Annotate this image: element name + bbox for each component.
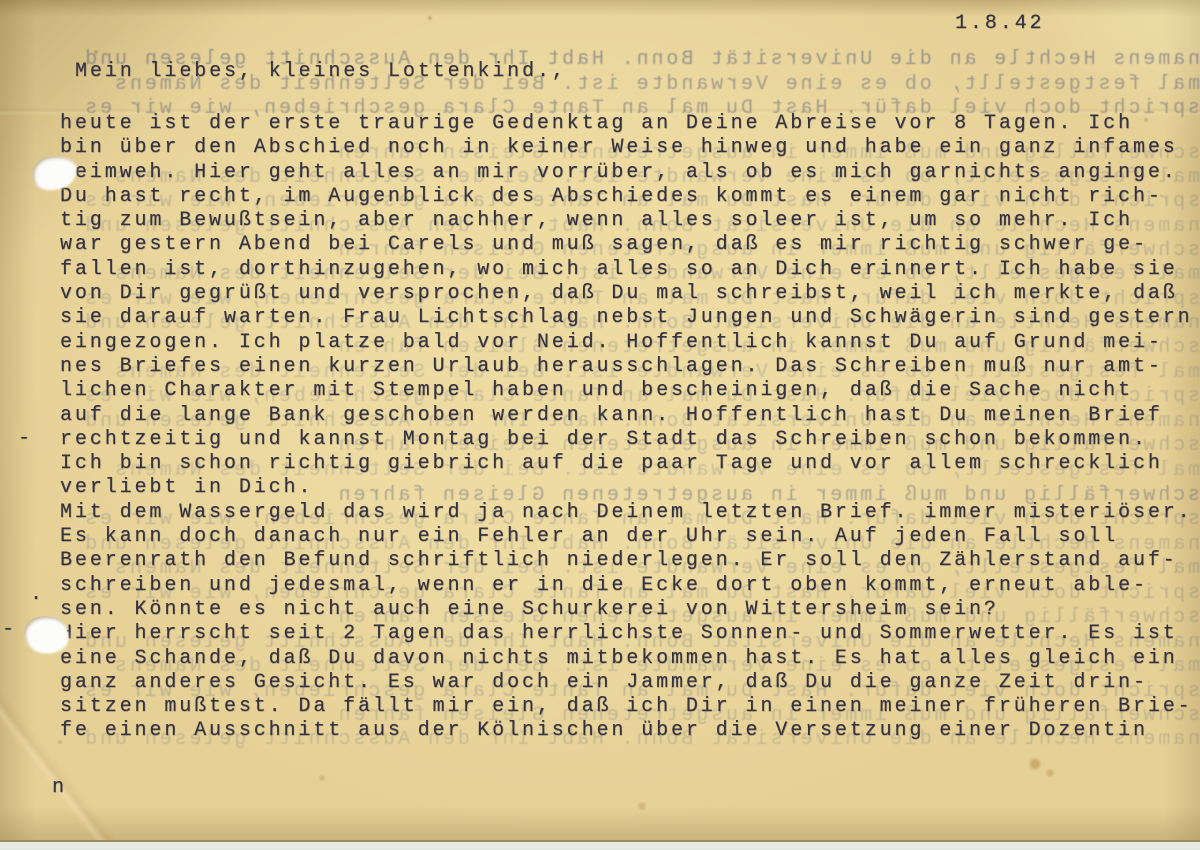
letter-line: heute ist der erste traurige Gedenktag a…	[60, 112, 1193, 136]
letter-line: nes Briefes einen kurzen Urlaub heraussc…	[60, 355, 1193, 379]
letter-line: bin über den Abschied noch in keiner Wei…	[60, 136, 1193, 160]
letter-line: eingezogen. Ich platze bald vor Neid. Ho…	[60, 331, 1193, 355]
letter-line: Beerenrath den Befund schriftlich nieder…	[60, 549, 1193, 573]
letter-body: heute ist der erste traurige Gedenktag a…	[60, 112, 1193, 744]
letter-line: Ich bin schon richtig giebrich auf die p…	[60, 452, 1193, 476]
paper-sheet: namens Hechtle an die Universität Bonn. …	[0, 0, 1200, 842]
letter-line: Mit dem Wassergeld das wird ja nach Dein…	[60, 501, 1193, 525]
letter-line: Hier herrscht seit 2 Tagen das herrlichs…	[60, 622, 1193, 646]
letter-line: tig zum Bewußtsein, aber nachher, wenn a…	[60, 209, 1193, 233]
letter-line: sie darauf warten. Frau Lichtschlag nebs…	[60, 306, 1193, 330]
scanner-background-strip	[0, 842, 1200, 850]
letter-line: rechtzeitig und kannst Montag bei der St…	[60, 428, 1193, 452]
letter-signoff: n	[52, 776, 67, 800]
margin-dash-mark: -	[2, 618, 14, 641]
letter-line: sen. Könnte es nicht auch eine Schurkere…	[60, 598, 1193, 622]
letter-scan: namens Hechtle an die Universität Bonn. …	[0, 0, 1200, 850]
letter-line: Heimweh. Hier geht alles an mir vorrüber…	[60, 161, 1193, 185]
letter-line: fallen ist, dorthinzugehen, wo mich alle…	[60, 258, 1193, 282]
margin-dot-mark: .	[30, 583, 42, 606]
letter-line: fe einen Ausschnitt aus der Kölnischen ü…	[60, 719, 1193, 743]
letter-salutation: Mein liebes, kleines Lottenkind.,	[75, 60, 567, 84]
letter-line: schreiben und jedesmal, wenn er in die E…	[60, 574, 1193, 598]
letter-line: war gestern Abend bei Carels und muß sag…	[60, 233, 1193, 257]
letter-line: auf die lange Bank geschoben werden kann…	[60, 404, 1193, 428]
letter-line: von Dir gegrüßt und versprochen, daß Du …	[60, 282, 1193, 306]
letter-line: Es kann doch danach nur ein Fehler an de…	[60, 525, 1193, 549]
letter-line: verliebt in Dich.	[60, 476, 1193, 500]
letter-line: ganz anderes Gesicht. Es war doch ein Ja…	[60, 671, 1193, 695]
letter-line: sitzen mußtest. Da fällt mir ein, daß ic…	[60, 695, 1193, 719]
letter-line: lichen Charakter mit Stempel haben und b…	[60, 379, 1193, 403]
margin-dash-mark: -	[18, 427, 30, 450]
letter-line: eine Schande, daß Du davon nichts mitbek…	[60, 647, 1193, 671]
letter-line: Du hast recht, im Augenblick des Abschie…	[60, 185, 1193, 209]
letter-date: 1.8.42	[955, 12, 1044, 36]
